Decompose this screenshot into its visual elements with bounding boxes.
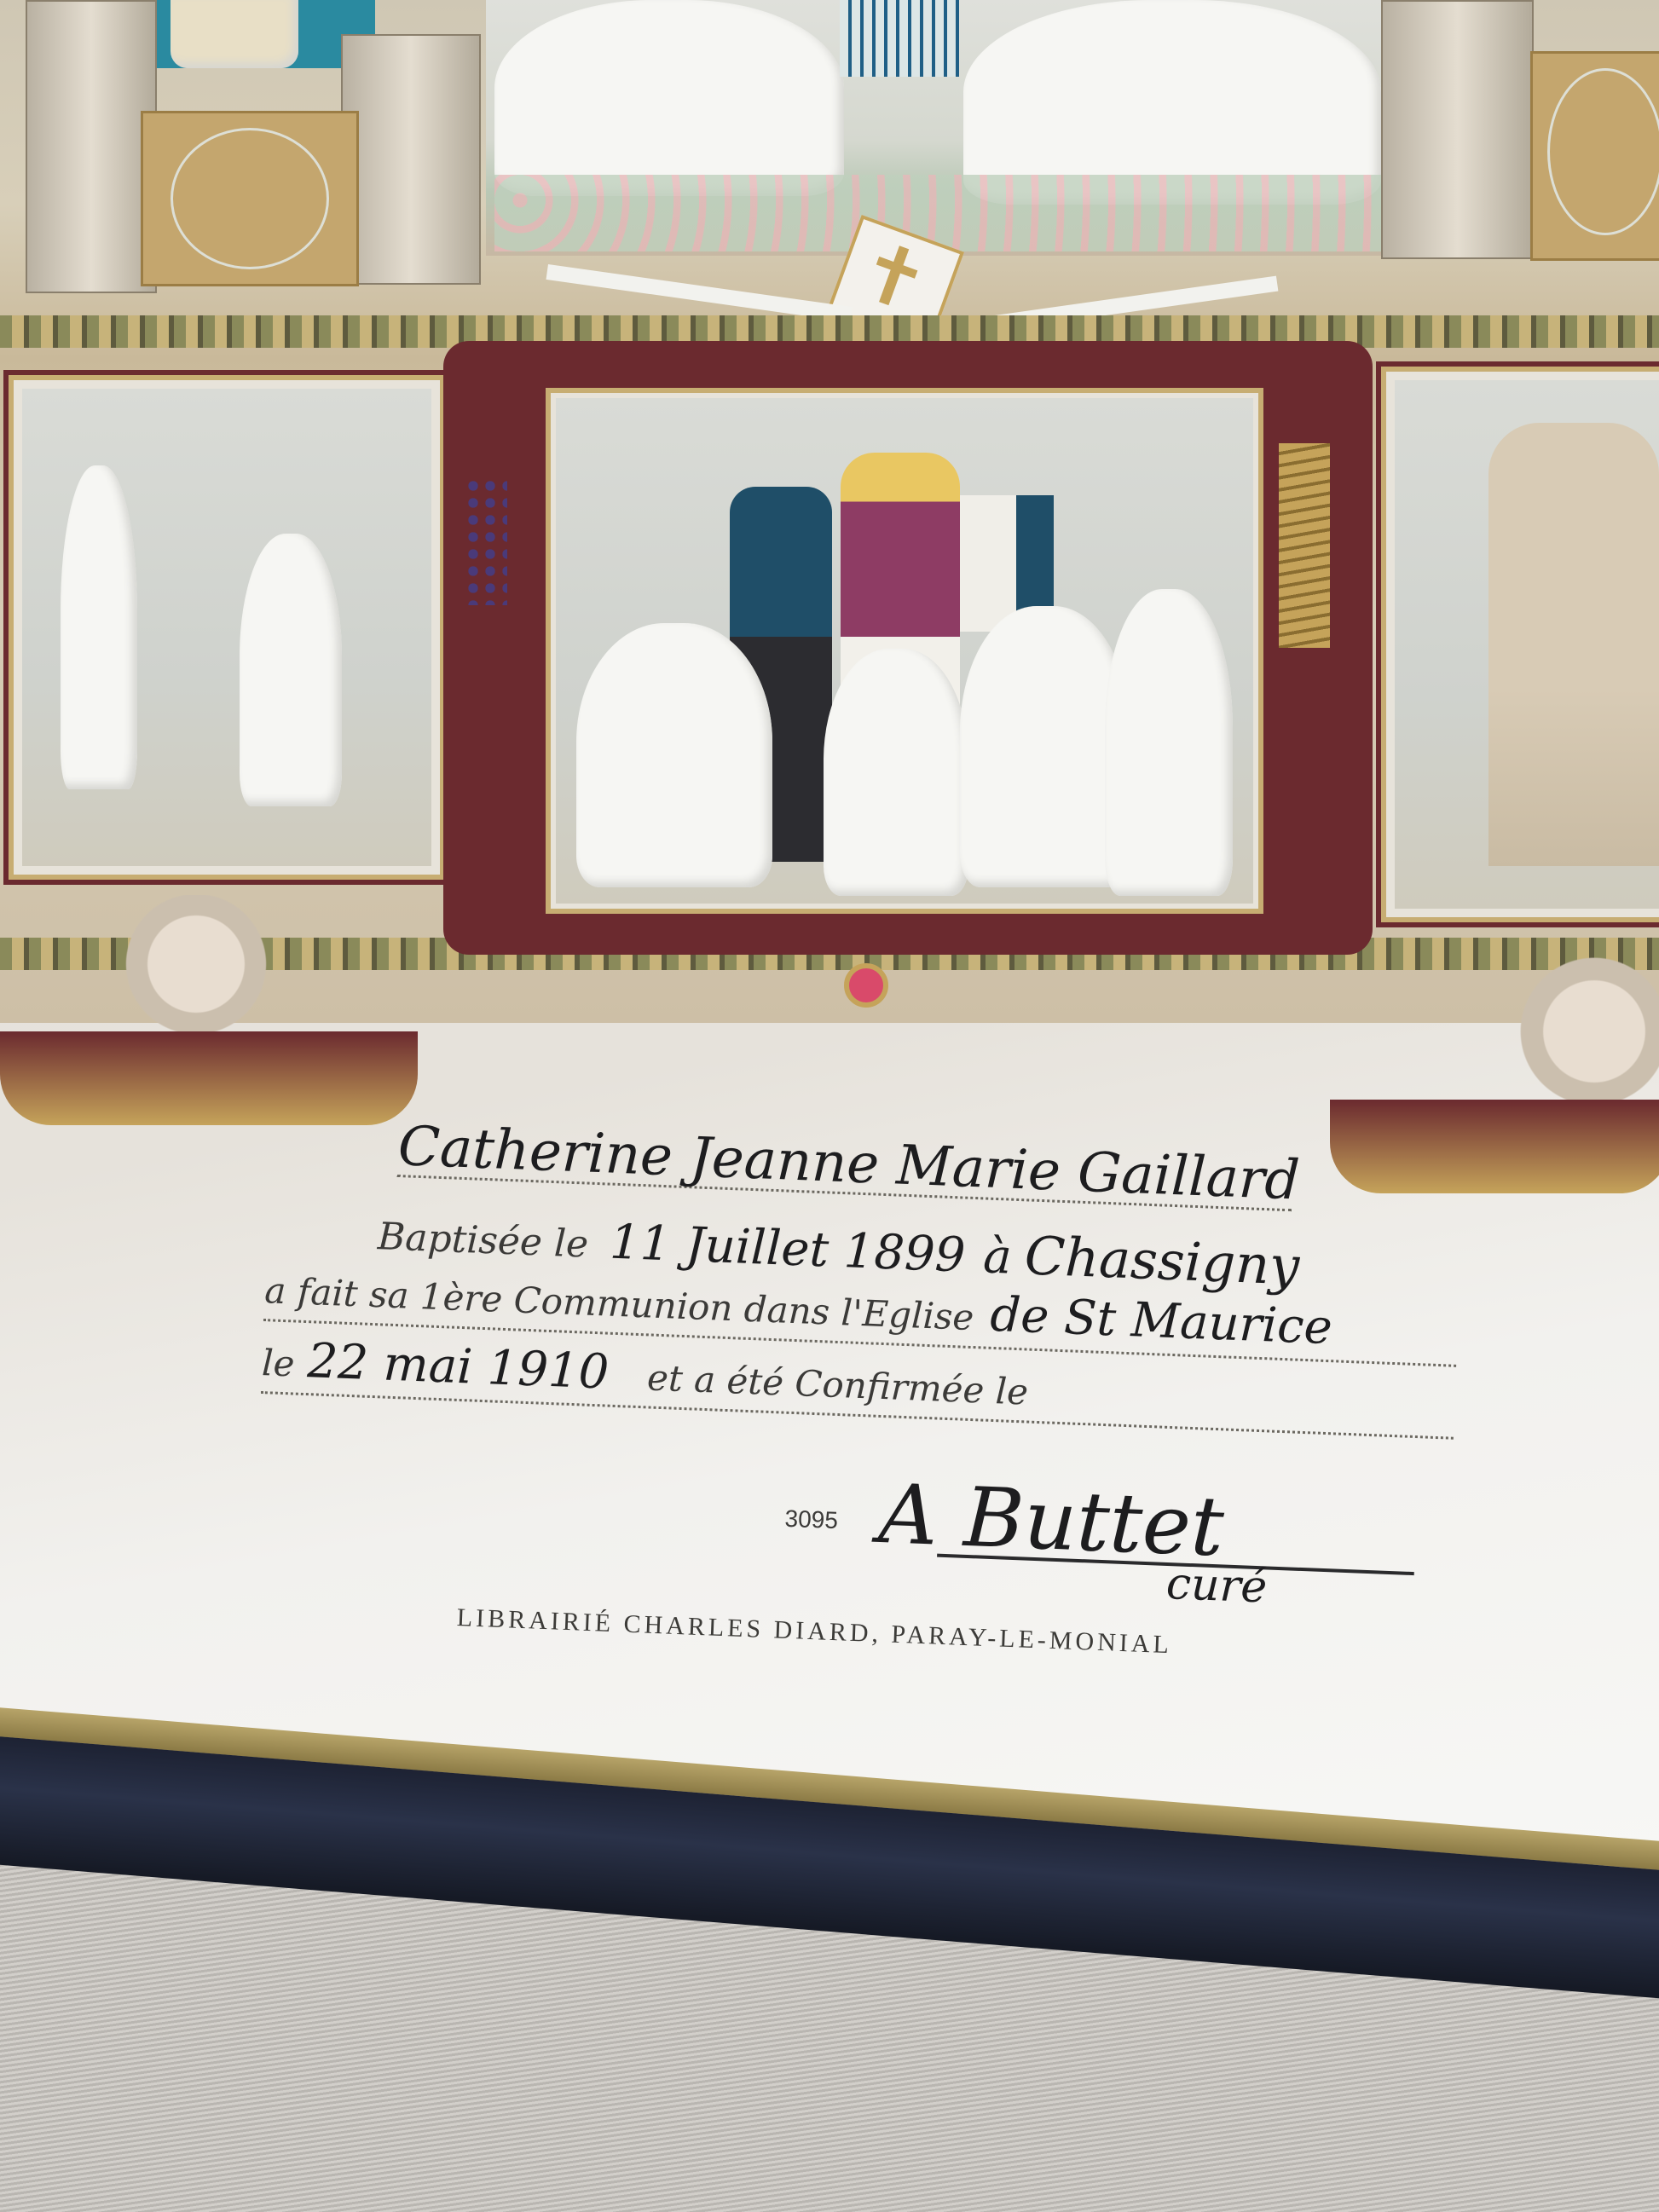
serial-number: 3095 [784, 1505, 838, 1534]
column-left-1 [26, 0, 157, 293]
recipient-name: Catherine Jeanne Marie Gaillard [397, 1115, 1301, 1213]
saint-figure [171, 0, 298, 68]
kneeling-figure-right [963, 0, 1381, 205]
name-line: Catherine Jeanne Marie Gaillard [397, 1115, 1294, 1211]
church-name: de St Maurice [989, 1287, 1333, 1355]
priest-at-altar-figure [1488, 423, 1659, 866]
center-illustration-panel [546, 388, 1263, 914]
baptism-place: Chassigny [1024, 1224, 1301, 1297]
certificate-paper: Catherine Jeanne Marie Gaillard Baptisée… [0, 0, 1659, 1858]
scroll-ornament-right [1547, 68, 1659, 235]
left-illustration-panel [9, 375, 445, 880]
carpet-pattern [494, 175, 1381, 251]
signature-title: curé [1165, 1558, 1268, 1613]
kneeling-girl-1 [576, 623, 772, 887]
grape-ornament [465, 477, 507, 605]
scroll-ornament-left [171, 128, 329, 269]
pendant-ornament [844, 963, 888, 1008]
right-illustration-panel [1381, 367, 1659, 922]
cross-icon [879, 245, 909, 305]
kneeling-girl-4 [1105, 589, 1233, 896]
kneeling-figure-left [494, 0, 844, 196]
veiled-girl-figure [240, 534, 342, 806]
signature-block: 3095 A Buttet curé [782, 1480, 1468, 1634]
communion-date: 22 mai 1910 [306, 1333, 610, 1401]
baptism-place-prefix: à [982, 1228, 1013, 1285]
baptism-date: 11 Juillet 1899 [609, 1215, 966, 1284]
kneeling-girl-2 [824, 649, 968, 896]
altar-railing [840, 0, 959, 77]
cherub-left [102, 895, 290, 1048]
altar-boy-figure [61, 465, 137, 789]
confirmation-label: et a été Confirmée le [646, 1356, 1029, 1412]
certificate-text: Catherine Jeanne Marie Gaillard Baptisée… [0, 1074, 1658, 1666]
column-right-1 [1381, 0, 1534, 259]
baptism-label: Baptisée le [377, 1215, 589, 1266]
date-prefix: le [261, 1342, 295, 1384]
wheat-ornament [1279, 443, 1330, 648]
column-left-2 [341, 34, 481, 285]
